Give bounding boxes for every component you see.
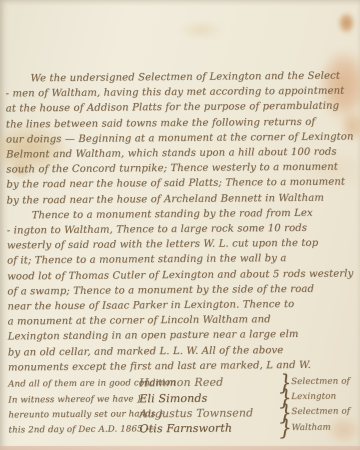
- brace-mark: }: [279, 420, 291, 436]
- signature-role: Selectmen of: [291, 375, 357, 391]
- signature: Hammon Reed: [131, 375, 279, 391]
- closing-block: And all of them are in good condition Ha…: [1, 375, 358, 439]
- signature-role: Lexington: [291, 390, 357, 406]
- attestation-line: hereunto mutually set our hands }: [1, 407, 131, 423]
- signature: Eli Simonds: [131, 391, 279, 407]
- handwritten-line: of a swamp; Thence to a monument by the …: [0, 281, 356, 299]
- signature: Augustus Townsend: [131, 406, 279, 422]
- stain-spot: [338, 12, 355, 34]
- signature-role: Waltham: [291, 420, 357, 436]
- attestation-line: And all of them are in good condition: [1, 377, 131, 393]
- stain-spot: [178, 20, 224, 40]
- attestation-line: In witness whereof we have }: [1, 392, 131, 408]
- signature-role: Selectmen of: [291, 405, 357, 421]
- handwritten-text: We the undersigned Selectmen of Lexingto…: [0, 68, 358, 438]
- attestation-line: this 2nd day of Dec A.D. 1865 —: [1, 422, 131, 438]
- signature: Otis Farnsworth: [131, 421, 279, 437]
- page-edge: [0, 446, 360, 450]
- handwritten-line: monuments except the first and last are …: [1, 357, 357, 375]
- document-page: We the undersigned Selectmen of Lexingto…: [0, 0, 360, 450]
